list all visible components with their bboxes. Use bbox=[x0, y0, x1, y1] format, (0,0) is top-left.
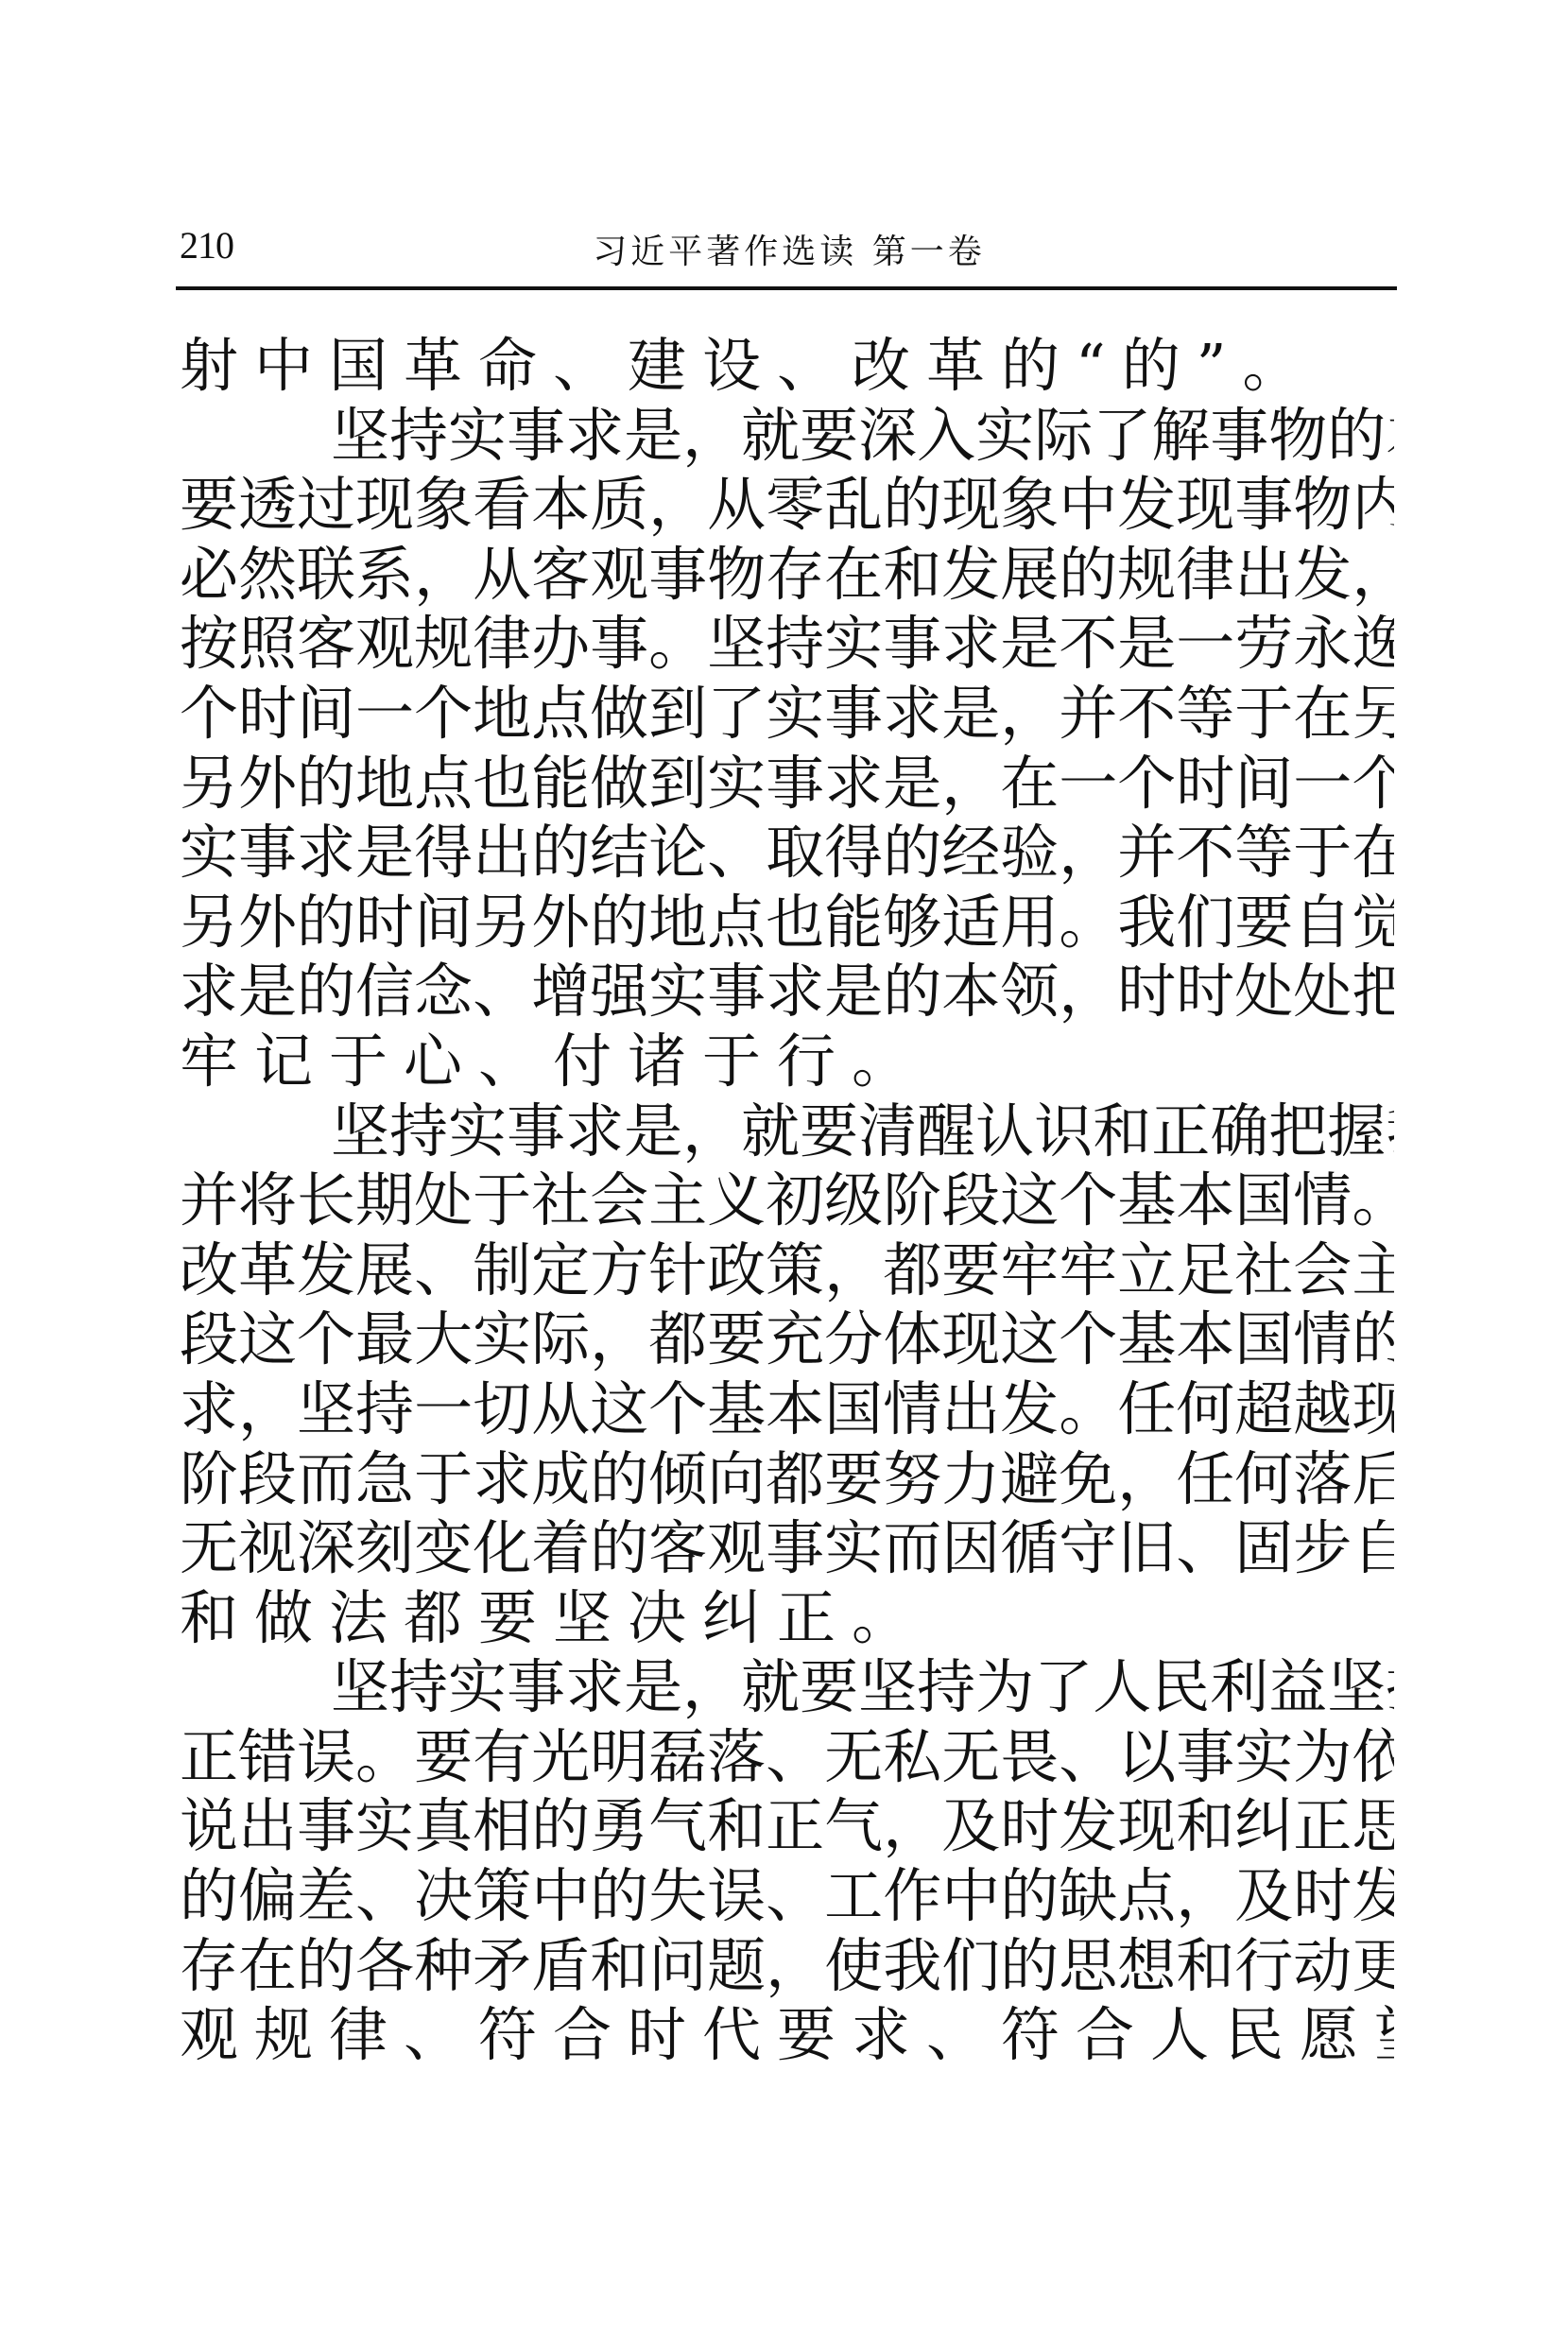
glyph: 都 bbox=[883, 1235, 941, 1305]
glyph: 求 bbox=[565, 1096, 624, 1166]
glyph: 取 bbox=[766, 818, 824, 888]
glyph: 依 bbox=[1352, 1722, 1394, 1792]
glyph: 不 bbox=[1117, 679, 1176, 749]
glyph: 解 bbox=[1151, 401, 1210, 471]
glyph: 持 bbox=[389, 401, 448, 471]
glyph: 中 bbox=[1059, 470, 1117, 540]
glyph: 更 bbox=[1352, 1931, 1394, 2001]
glyph: 律 bbox=[1176, 540, 1234, 610]
glyph: 及 bbox=[1234, 1861, 1293, 1931]
glyph: 大 bbox=[414, 1304, 473, 1374]
glyph: 决 bbox=[414, 1861, 473, 1931]
glyph: 落 bbox=[1293, 1444, 1352, 1514]
glyph: 一 bbox=[355, 679, 414, 749]
glyph: 能 bbox=[531, 749, 590, 819]
glyph: 际 bbox=[531, 1304, 590, 1374]
glyph: 思 bbox=[1059, 1931, 1117, 2001]
glyph: 确 bbox=[1210, 1096, 1268, 1166]
glyph: 系 bbox=[355, 540, 414, 610]
glyph: 实 bbox=[824, 609, 883, 679]
glyph: 持 bbox=[917, 1652, 975, 1722]
glyph: 和 bbox=[707, 1791, 766, 1861]
glyph: 质 bbox=[590, 470, 648, 540]
text-line: 按照客观规律办事。坚持实事求是不是一劳永逸的，在一 bbox=[180, 609, 1394, 679]
glyph: 永 bbox=[1293, 609, 1352, 679]
text-line: 求是的信念、增强实事求是的本领，时时处处把实事求是 bbox=[180, 957, 1394, 1027]
glyph: 也 bbox=[473, 749, 531, 819]
glyph: 求 bbox=[883, 679, 941, 749]
line-text: 射中国革命、建设、改革的“的”。 bbox=[180, 331, 1317, 401]
glyph: 和 bbox=[883, 540, 941, 610]
glyph: 事 bbox=[507, 1652, 565, 1722]
glyph: 事 bbox=[297, 1791, 355, 1861]
glyph: 个 bbox=[1059, 1165, 1117, 1235]
glyph: 并 bbox=[1117, 818, 1176, 888]
glyph: 义 bbox=[707, 1165, 766, 1235]
glyph: 时 bbox=[238, 679, 297, 749]
glyph: 了 bbox=[1034, 1652, 1093, 1722]
glyph: 事 bbox=[883, 609, 941, 679]
glyph: 求 bbox=[766, 957, 824, 1027]
glyph: 民 bbox=[1151, 1652, 1210, 1722]
glyph: 强 bbox=[590, 957, 648, 1027]
glyph: 实 bbox=[355, 1791, 414, 1861]
glyph: 无 bbox=[824, 1722, 883, 1792]
glyph: 念 bbox=[414, 957, 473, 1027]
glyph: 在 bbox=[238, 1931, 297, 2001]
glyph: 时 bbox=[1117, 957, 1176, 1027]
glyph: 时 bbox=[1176, 957, 1234, 1027]
glyph: 的 bbox=[1000, 1861, 1059, 1931]
glyph: 社 bbox=[531, 1165, 590, 1235]
glyph: 本 bbox=[1176, 1304, 1234, 1374]
glyph: 误 bbox=[707, 1861, 766, 1931]
glyph: 清 bbox=[858, 1096, 917, 1166]
glyph: 主 bbox=[1352, 1235, 1394, 1305]
glyph: 实 bbox=[448, 1096, 507, 1166]
glyph: 将 bbox=[238, 1165, 297, 1235]
glyph: 于 bbox=[473, 1165, 531, 1235]
glyph: 国 bbox=[1234, 1165, 1293, 1235]
glyph: 另 bbox=[180, 749, 238, 819]
glyph: 适 bbox=[941, 888, 1000, 958]
glyph: 点 bbox=[414, 749, 473, 819]
glyph: 要 bbox=[800, 401, 858, 471]
glyph: 体 bbox=[883, 1304, 941, 1374]
text-line: 说出事实真相的勇气和正气，及时发现和纠正思想认识上 bbox=[180, 1791, 1394, 1861]
glyph: 劳 bbox=[1234, 609, 1293, 679]
glyph: 持 bbox=[355, 1374, 414, 1444]
glyph: 情 bbox=[883, 1374, 941, 1444]
glyph: 时 bbox=[355, 888, 414, 958]
glyph: 存 bbox=[766, 540, 824, 610]
glyph: 我 bbox=[1117, 888, 1176, 958]
glyph: 的 bbox=[590, 1861, 648, 1931]
glyph: 针 bbox=[648, 1235, 707, 1305]
glyph: 守 bbox=[1059, 1513, 1117, 1583]
glyph: 种 bbox=[414, 1931, 473, 2001]
glyph: 国 bbox=[1234, 1304, 1293, 1374]
glyph: 明 bbox=[590, 1722, 648, 1792]
glyph: 差 bbox=[297, 1861, 355, 1931]
glyph: 于 bbox=[414, 1444, 473, 1514]
glyph: 本 bbox=[766, 1374, 824, 1444]
glyph: 长 bbox=[297, 1165, 355, 1235]
glyph: 事 bbox=[1176, 1722, 1234, 1792]
glyph: ， bbox=[682, 1096, 741, 1166]
glyph: 也 bbox=[766, 888, 824, 958]
glyph: 持 bbox=[389, 1652, 448, 1722]
glyph: 事 bbox=[1210, 401, 1268, 471]
glyph: 现 bbox=[941, 470, 1000, 540]
glyph: ， bbox=[941, 749, 1000, 819]
glyph: 们 bbox=[1176, 888, 1234, 958]
glyph: 逸 bbox=[1352, 609, 1394, 679]
glyph: 失 bbox=[648, 1861, 707, 1931]
glyph: 内 bbox=[1352, 470, 1394, 540]
glyph: 就 bbox=[741, 401, 800, 471]
glyph: 要 bbox=[941, 1235, 1000, 1305]
glyph: 本 bbox=[941, 957, 1000, 1027]
glyph: 求 bbox=[473, 1444, 531, 1514]
glyph: 化 bbox=[473, 1513, 531, 1583]
glyph: 偏 bbox=[238, 1861, 297, 1931]
glyph: 而 bbox=[297, 1444, 355, 1514]
glyph: 、 bbox=[1176, 1513, 1234, 1583]
glyph: 发 bbox=[1117, 470, 1176, 540]
glyph: 问 bbox=[648, 1931, 707, 2001]
glyph: 时 bbox=[1176, 749, 1234, 819]
glyph: 个 bbox=[648, 1374, 707, 1444]
glyph: 的 bbox=[883, 818, 941, 888]
glyph: 正 bbox=[766, 1791, 824, 1861]
glyph: 个 bbox=[297, 1304, 355, 1374]
glyph: 间 bbox=[1234, 749, 1293, 819]
glyph: 用 bbox=[1000, 888, 1059, 958]
glyph: 了 bbox=[1093, 401, 1151, 471]
glyph: 改 bbox=[180, 1235, 238, 1305]
glyph: 、 bbox=[1059, 1722, 1117, 1792]
glyph: 及 bbox=[941, 1791, 1000, 1861]
glyph: 这 bbox=[1000, 1165, 1059, 1235]
line-text: 和做法都要坚决纠正。 bbox=[180, 1583, 926, 1653]
glyph: 这 bbox=[1000, 1304, 1059, 1374]
glyph: 并 bbox=[180, 1165, 238, 1235]
glyph: 何 bbox=[1176, 1374, 1234, 1444]
glyph: 一 bbox=[1059, 749, 1117, 819]
glyph: 人 bbox=[1093, 1652, 1151, 1722]
glyph: 中 bbox=[941, 1861, 1000, 1931]
text-line: 无视深刻变化着的客观事实而因循守旧、固步自封的观念 bbox=[180, 1513, 1394, 1583]
glyph: 制 bbox=[473, 1235, 531, 1305]
glyph: 实 bbox=[975, 401, 1034, 471]
glyph: 变 bbox=[414, 1513, 473, 1583]
glyph: 事 bbox=[1234, 470, 1293, 540]
glyph: 在 bbox=[1000, 749, 1059, 819]
glyph: 矛 bbox=[473, 1931, 531, 2001]
glyph: 任 bbox=[1117, 1374, 1176, 1444]
glyph: 动 bbox=[1293, 1931, 1352, 2001]
glyph: 本 bbox=[1176, 1165, 1234, 1235]
glyph: 级 bbox=[824, 1165, 883, 1235]
glyph: 间 bbox=[297, 679, 355, 749]
glyph: 定 bbox=[531, 1235, 590, 1305]
glyph: 发 bbox=[1293, 540, 1352, 610]
glyph: 、 bbox=[707, 818, 766, 888]
glyph: 的 bbox=[1000, 1931, 1059, 2001]
glyph: 益 bbox=[1268, 1652, 1327, 1722]
glyph: 要 bbox=[824, 1444, 883, 1514]
glyph: 为 bbox=[1293, 1722, 1352, 1792]
glyph: 分 bbox=[824, 1304, 883, 1374]
glyph: 、 bbox=[473, 957, 531, 1027]
glyph: 是 bbox=[941, 679, 1000, 749]
glyph: 规 bbox=[414, 609, 473, 679]
text-line: 并将长期处于社会主义初级阶段这个基本国情。我们推进 bbox=[180, 1165, 1394, 1235]
glyph: 为 bbox=[975, 1652, 1034, 1722]
glyph: 到 bbox=[648, 749, 707, 819]
glyph: 立 bbox=[1117, 1235, 1176, 1305]
glyph: 深 bbox=[858, 401, 917, 471]
glyph: 初 bbox=[766, 1165, 824, 1235]
glyph: 认 bbox=[975, 1096, 1034, 1166]
glyph: 得 bbox=[414, 818, 473, 888]
glyph: 于 bbox=[1293, 818, 1352, 888]
glyph: ， bbox=[1117, 1444, 1176, 1514]
glyph: ， bbox=[1000, 679, 1059, 749]
glyph: 实 bbox=[766, 679, 824, 749]
glyph: 观 bbox=[590, 540, 648, 610]
glyph: 从 bbox=[531, 1374, 590, 1444]
glyph: 持 bbox=[1386, 1652, 1394, 1722]
glyph: 透 bbox=[238, 470, 297, 540]
glyph: 是 bbox=[238, 957, 297, 1027]
glyph: 求 bbox=[180, 1374, 238, 1444]
header-rule bbox=[176, 286, 1397, 290]
glyph: 基 bbox=[707, 1374, 766, 1444]
glyph: 的 bbox=[1059, 540, 1117, 610]
glyph: 的 bbox=[297, 888, 355, 958]
glyph: 的 bbox=[590, 1444, 648, 1514]
glyph: 求 bbox=[180, 957, 238, 1027]
glyph: 个 bbox=[414, 679, 473, 749]
glyph: 观 bbox=[355, 609, 414, 679]
glyph: 的 bbox=[180, 1861, 238, 1931]
glyph: 发 bbox=[297, 1235, 355, 1305]
glyph: 验 bbox=[1000, 818, 1059, 888]
glyph: 求 bbox=[565, 1652, 624, 1722]
text-line: 正错误。要有光明磊落、无私无畏、以事实为依据、敢于 bbox=[180, 1722, 1394, 1792]
glyph: ， bbox=[238, 1374, 297, 1444]
glyph: 要 bbox=[180, 470, 238, 540]
glyph: 在 bbox=[1293, 679, 1352, 749]
glyph: 出 bbox=[1234, 540, 1293, 610]
glyph: 期 bbox=[355, 1165, 414, 1235]
glyph: 倾 bbox=[648, 1444, 707, 1514]
glyph: 到 bbox=[648, 679, 707, 749]
glyph: 持 bbox=[766, 609, 824, 679]
glyph: 识 bbox=[1034, 1096, 1093, 1166]
glyph: 领 bbox=[1000, 957, 1059, 1027]
text-line: 的偏差、决策中的失误、工作中的缺点，及时发现和解决 bbox=[180, 1861, 1394, 1931]
glyph: 都 bbox=[766, 1444, 824, 1514]
glyph: 阶 bbox=[883, 1165, 941, 1235]
glyph: 自 bbox=[1293, 888, 1352, 958]
glyph: 国 bbox=[824, 1374, 883, 1444]
glyph: 存 bbox=[180, 1931, 238, 2001]
glyph: 象 bbox=[1000, 470, 1059, 540]
glyph: 要 bbox=[1234, 888, 1293, 958]
glyph: 物 bbox=[1293, 470, 1352, 540]
glyph: 利 bbox=[1210, 1652, 1268, 1722]
glyph: 事 bbox=[766, 749, 824, 819]
glyph: 坚 bbox=[331, 1096, 389, 1166]
glyph: ， bbox=[883, 1791, 941, 1861]
glyph: 固 bbox=[1234, 1513, 1293, 1583]
text-line: 和做法都要坚决纠正。 bbox=[180, 1583, 1394, 1653]
glyph: 展 bbox=[355, 1235, 414, 1305]
glyph: 的 bbox=[590, 888, 648, 958]
glyph: 结 bbox=[590, 818, 648, 888]
glyph: 方 bbox=[590, 1235, 648, 1305]
glyph: 入 bbox=[917, 401, 975, 471]
text-line: 必然联系，从客观事物存在和发展的规律出发，在实践中 bbox=[180, 540, 1394, 610]
glyph: 私 bbox=[883, 1722, 941, 1792]
glyph: 处 bbox=[414, 1165, 473, 1235]
glyph: 实 bbox=[1234, 1722, 1293, 1792]
glyph: 发 bbox=[1059, 1791, 1117, 1861]
glyph: 说 bbox=[180, 1791, 238, 1861]
glyph: 视 bbox=[238, 1513, 297, 1583]
glyph: 从 bbox=[473, 540, 531, 610]
glyph: 点 bbox=[707, 888, 766, 958]
glyph: 另 bbox=[473, 888, 531, 958]
glyph: 切 bbox=[473, 1374, 531, 1444]
glyph: 本 bbox=[531, 470, 590, 540]
glyph: 必 bbox=[180, 540, 238, 610]
glyph: 作 bbox=[883, 1861, 941, 1931]
glyph: 客 bbox=[648, 1513, 707, 1583]
text-line: 要透过现象看本质，从零乱的现象中发现事物内部存在的 bbox=[180, 470, 1394, 540]
glyph: 各 bbox=[355, 1931, 414, 2001]
glyph: 正 bbox=[180, 1722, 238, 1792]
glyph: 等 bbox=[1176, 679, 1234, 749]
glyph: 要 bbox=[414, 1722, 473, 1792]
glyph: 现 bbox=[1176, 470, 1234, 540]
glyph: 增 bbox=[531, 957, 590, 1027]
glyph: 实 bbox=[448, 401, 507, 471]
glyph: 我 bbox=[1386, 1096, 1394, 1166]
glyph: 后 bbox=[1352, 1444, 1394, 1514]
glyph: 磊 bbox=[648, 1722, 707, 1792]
glyph: 题 bbox=[707, 1931, 766, 2001]
glyph: 会 bbox=[1293, 1235, 1352, 1305]
glyph: 误 bbox=[297, 1722, 355, 1792]
glyph: 觉 bbox=[1352, 888, 1394, 958]
glyph: ， bbox=[766, 1931, 824, 2001]
glyph: 等 bbox=[1234, 818, 1293, 888]
glyph: 发 bbox=[941, 540, 1000, 610]
glyph: 坚 bbox=[707, 609, 766, 679]
glyph: 乱 bbox=[824, 470, 883, 540]
glyph: 。 bbox=[355, 1722, 414, 1792]
glyph: 事 bbox=[507, 401, 565, 471]
glyph: 实 bbox=[180, 818, 238, 888]
glyph: 事 bbox=[707, 957, 766, 1027]
glyph: 事 bbox=[824, 679, 883, 749]
glyph: 求 bbox=[565, 401, 624, 471]
glyph: 在 bbox=[1352, 818, 1394, 888]
text-line: 坚持实事求是，就要深入实际了解事物的本来面貌。 bbox=[180, 401, 1394, 471]
glyph: 基 bbox=[1117, 1304, 1176, 1374]
glyph: 中 bbox=[531, 1861, 590, 1931]
glyph: ， bbox=[648, 470, 707, 540]
glyph: 时 bbox=[1293, 1861, 1352, 1931]
glyph: 策 bbox=[473, 1861, 531, 1931]
text-line: 射中国革命、建设、改革的“的”。 bbox=[180, 331, 1394, 401]
glyph: 自 bbox=[1352, 1513, 1394, 1583]
glyph: 是 bbox=[355, 818, 414, 888]
glyph: 段 bbox=[180, 1304, 238, 1374]
glyph: 会 bbox=[590, 1165, 648, 1235]
glyph: 坚 bbox=[1327, 1652, 1386, 1722]
glyph: 现 bbox=[941, 1304, 1000, 1374]
glyph: ， bbox=[824, 1235, 883, 1305]
glyph: 在 bbox=[824, 540, 883, 610]
glyph: 论 bbox=[648, 818, 707, 888]
glyph: 、 bbox=[766, 1861, 824, 1931]
glyph: 勇 bbox=[590, 1791, 648, 1861]
page-header: 210 习近平著作选读 第一卷 bbox=[180, 219, 1394, 285]
glyph: 段 bbox=[238, 1444, 297, 1514]
glyph: 是 bbox=[1000, 609, 1059, 679]
glyph: ， bbox=[414, 540, 473, 610]
glyph: 、 bbox=[355, 1861, 414, 1931]
glyph: 做 bbox=[590, 749, 648, 819]
glyph: ， bbox=[682, 401, 741, 471]
glyph: 经 bbox=[941, 818, 1000, 888]
glyph: ， bbox=[1352, 540, 1394, 610]
glyph: 无 bbox=[941, 1722, 1000, 1792]
text-line: 坚持实事求是，就要清醒认识和正确把握我国仍处于 bbox=[180, 1096, 1394, 1166]
glyph: 是 bbox=[624, 1096, 682, 1166]
glyph: 。 bbox=[1059, 1374, 1117, 1444]
glyph: 我 bbox=[883, 1931, 941, 2001]
glyph: 刻 bbox=[355, 1513, 414, 1583]
glyph: 不 bbox=[1176, 818, 1234, 888]
glyph: 想 bbox=[1117, 1931, 1176, 2001]
glyph: 免 bbox=[1059, 1444, 1117, 1514]
glyph: 的 bbox=[297, 749, 355, 819]
glyph: 联 bbox=[297, 540, 355, 610]
glyph: 政 bbox=[707, 1235, 766, 1305]
glyph: 盾 bbox=[531, 1931, 590, 2001]
glyph: 实 bbox=[707, 749, 766, 819]
glyph: 际 bbox=[1034, 401, 1093, 471]
glyph: 是 bbox=[883, 749, 941, 819]
glyph: 使 bbox=[824, 1931, 883, 2001]
text-line: 段这个最大实际，都要充分体现这个基本国情的必然要 bbox=[180, 1304, 1394, 1374]
glyph: 时 bbox=[1000, 1791, 1059, 1861]
glyph: 现 bbox=[1352, 1374, 1394, 1444]
glyph: 照 bbox=[238, 609, 297, 679]
glyph: 最 bbox=[355, 1304, 414, 1374]
glyph: 气 bbox=[648, 1791, 707, 1861]
glyph: 何 bbox=[1234, 1444, 1293, 1514]
glyph: 观 bbox=[707, 1513, 766, 1583]
glyph: 事 bbox=[590, 609, 648, 679]
glyph: 足 bbox=[1176, 1235, 1234, 1305]
